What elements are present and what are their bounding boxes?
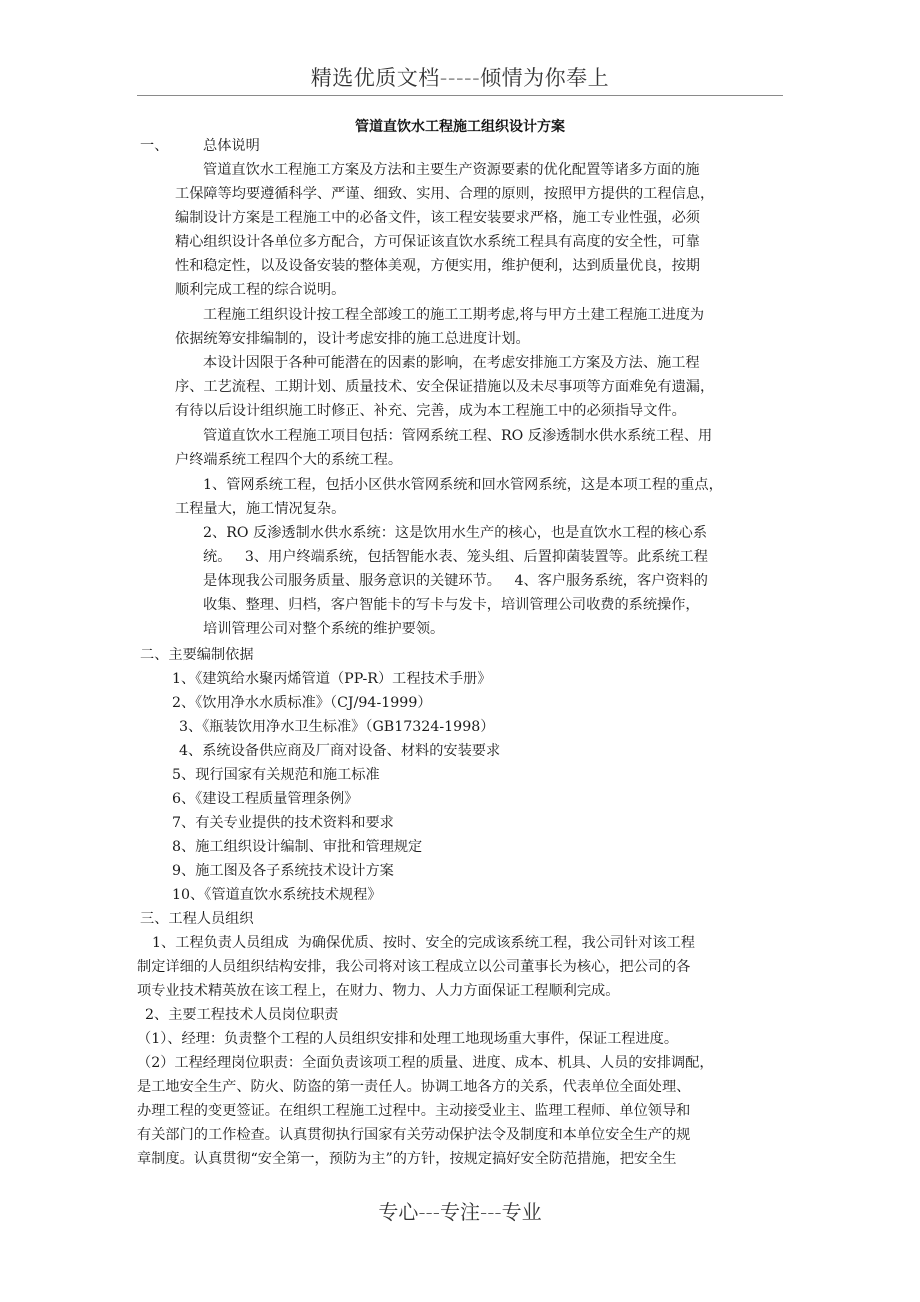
reference-item: 6、《建设工程质量管理条例》 xyxy=(172,787,358,811)
paragraph-line: 工程量大，施工情况复杂。 xyxy=(175,497,345,521)
paragraph-line: 管道直饮水工程施工项目包括：管网系统工程、RO 反渗透制水供水系统工程、用 xyxy=(203,424,712,448)
paragraph-line: 工程施工组织设计按工程全部竣工的施工工期考虑,将与甲方土建工程施工进度为 xyxy=(203,303,704,327)
paragraph-line: （2）工程经理岗位职责：全面负责该项工程的质量、进度、成本、机具、人员的安排调配… xyxy=(137,1051,714,1075)
reference-item: 1、《建筑给水聚丙烯管道（PP-R）工程技术手册》 xyxy=(172,667,491,691)
paragraph-line: 户终端系统工程四个大的系统工程。 xyxy=(175,448,402,472)
document-title: 管道直饮水工程施工组织设计方案 xyxy=(0,116,920,136)
reference-item: 10、《管道直饮水系统技术规程》 xyxy=(172,883,382,907)
paragraph-line: 1、管网系统工程，包括小区供水管网系统和回水管网系统，这是本项工程的重点， xyxy=(203,473,723,497)
paragraph-line: 项专业技术精英放在该工程上，在财力、物力、人力方面保证工程顺利完成。 xyxy=(137,979,619,1003)
reference-item: 4、系统设备供应商及厂商对设备、材料的安装要求 xyxy=(179,739,500,763)
paragraph-line: 是工地安全生产、防火、防盗的第一责任人。协调工地各方的关系，代表单位全面处理、 xyxy=(137,1075,690,1099)
paragraph-line: 1、工程负责人员组成 为确保优质、按时、安全的完成该系统工程，我公司针对该工程 xyxy=(152,931,695,955)
reference-item: 2、《饮用净水水质标准》（CJ/94-1999） xyxy=(172,691,432,715)
paragraph-line: 本设计因限于各种可能潜在的因素的影响，在考虑安排施工方案及方法、施工程 xyxy=(203,351,700,375)
reference-item: 9、施工图及各子系统技术设计方案 xyxy=(172,859,394,883)
reference-item: 7、有关专业提供的技术资料和要求 xyxy=(172,811,394,835)
paragraph-line: 办理工程的变更签证。在组织工程施工过程中。主动接受业主、监理工程师、单位领导和 xyxy=(137,1099,690,1123)
paragraph-line: 顺利完成工程的综合说明。 xyxy=(175,278,345,302)
paragraph-line: 章制度。认真贯彻“安全第一，预防为主”的方针，按规定搞好安全防范措施，把安全生 xyxy=(137,1147,676,1171)
paragraph-line: 2、RO 反渗透制水供水系统：这是饮用水生产的核心，也是直饮水工程的核心系 xyxy=(203,521,707,545)
section-1-number: 一、 xyxy=(140,134,168,158)
section-1-heading: 总体说明 xyxy=(203,134,260,158)
section-3-heading: 三、工程人员组织 xyxy=(140,907,254,931)
paragraph-line: 有关部门的工作检查。认真贯彻执行国家有关劳动保护法令及制度和本单位安全生产的规 xyxy=(137,1123,690,1147)
page-header: 精选优质文档-----倾情为你奉上 xyxy=(0,62,920,92)
paragraph-line: 收集、整理、归档，客户智能卡的写卡与发卡，培训管理公司收费的系统操作， xyxy=(203,593,700,617)
header-rule xyxy=(137,95,783,96)
paragraph-line: （1）、经理：负责整个工程的人员组织安排和处理工地现场重大事件，保证工程进度。 xyxy=(137,1027,678,1051)
paragraph-line: 制定详细的人员组织结构安排，我公司将对该工程成立以公司董事长为核心，把公司的各 xyxy=(137,955,690,979)
paragraph-line: 有待以后设计组织施工时修正、补充、完善，成为本工程施工中的必须指导文件。 xyxy=(175,399,686,423)
paragraph-line: 统。 3、用户终端系统，包括智能水表、笼头组、后置抑菌装置等。此系统工程 xyxy=(203,545,708,569)
paragraph-line: 依据统筹安排编制的，设计考虑安排的施工总进度计划。 xyxy=(175,327,530,351)
paragraph-line: 编制设计方案是工程施工中的必备文件，该工程安装要求严格，施工专业性强，必须 xyxy=(175,206,700,230)
section-2-heading: 二、主要编制依据 xyxy=(140,643,254,667)
paragraph-line: 培训管理公司对整个系统的维护要领。 xyxy=(203,617,444,641)
reference-item: 3、《瓶装饮用净水卫生标准》（GB17324-1998） xyxy=(179,715,494,739)
paragraph-line: 性和稳定性，以及设备安装的整体美观，方便实用，维护便利，达到质量优良，按期 xyxy=(175,254,700,278)
reference-item: 8、施工组织设计编制、审批和管理规定 xyxy=(172,835,422,859)
paragraph-line: 精心组织设计各单位多方配合，方可保证该直饮水系统工程具有高度的安全性，可靠 xyxy=(175,230,700,254)
paragraph-line: 工保障等均要遵循科学、严谨、细致、实用、合理的原则，按照甲方提供的工程信息， xyxy=(175,182,714,206)
page-footer: 专心---专注---专业 xyxy=(0,1196,920,1225)
paragraph-line: 管道直饮水工程施工方案及方法和主要生产资源要素的优化配置等诸多方面的施 xyxy=(203,158,700,182)
subheading: 2、主要工程技术人员岗位职责 xyxy=(145,1003,338,1027)
paragraph-line: 是体现我公司服务质量、服务意识的关键环节。 4、客户服务系统，客户资料的 xyxy=(203,569,708,593)
reference-item: 5、现行国家有关规范和施工标准 xyxy=(172,763,380,787)
paragraph-line: 序、工艺流程、工期计划、质量技术、安全保证措施以及未尽事项等方面难免有遗漏， xyxy=(175,375,714,399)
